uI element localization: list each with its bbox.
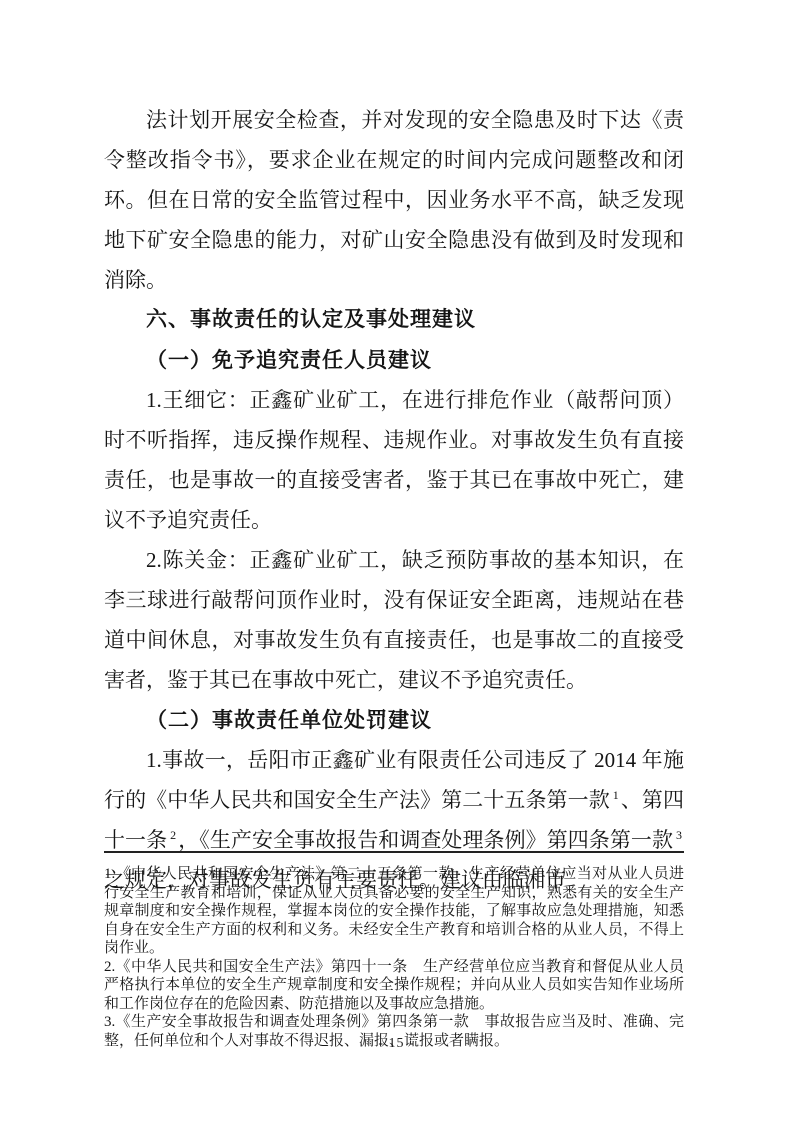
footnote-ref-3: 3 <box>676 828 682 842</box>
text-run: 1.事故一，岳阳市正鑫矿业有限责任公司违反了 2014 年施行的《中华人民共和国… <box>104 748 684 812</box>
document-page: 法计划开展安全检查，并对发现的安全隐患及时下达《责令整改指令书》，要求企业在规定… <box>0 0 793 1122</box>
subsection-heading-unit-penalty: （二）事故责任单位处罚建议 <box>104 700 684 740</box>
footnote-ref-2: 2 <box>170 828 176 842</box>
footnote-1: 1.《中华人民共和国安全生产法》第二十五条第一款 生产经营单位应当对从业人员进行… <box>104 865 684 958</box>
paragraph-person-wangxita: 1.王细它：正鑫矿业矿工，在进行排危作业（敲帮问顶）时不听指挥，违反操作规程、违… <box>104 380 684 540</box>
footnote-ref-1: 1 <box>613 788 619 802</box>
subsection-heading-exempt-persons: （一）免予追究责任人员建议 <box>104 340 684 380</box>
document-body: 法计划开展安全检查，并对发现的安全隐患及时下达《责令整改指令书》，要求企业在规定… <box>104 100 684 900</box>
text-run: ，《生产安全事故报告和调查处理条例》第四条第一款 <box>178 828 673 852</box>
page-number: - 15 - <box>0 1036 793 1052</box>
footnote-separator <box>104 851 684 853</box>
paragraph-person-chenguanjin: 2.陈关金：正鑫矿业矿工，缺乏预防事故的基本知识，在李三球进行敲帮问顶作业时，没… <box>104 540 684 700</box>
paragraph-supervision-continued: 法计划开展安全检查，并对发现的安全隐患及时下达《责令整改指令书》，要求企业在规定… <box>104 100 684 300</box>
footnote-section: 1.《中华人民共和国安全生产法》第二十五条第一款 生产经营单位应当对从业人员进行… <box>104 851 684 1050</box>
footnote-2: 2.《中华人民共和国安全生产法》第四十一条 生产经营单位应当教育和督促从业人员严… <box>104 958 684 1014</box>
section-heading-responsibility: 六、事故责任的认定及事处理建议 <box>104 300 684 340</box>
